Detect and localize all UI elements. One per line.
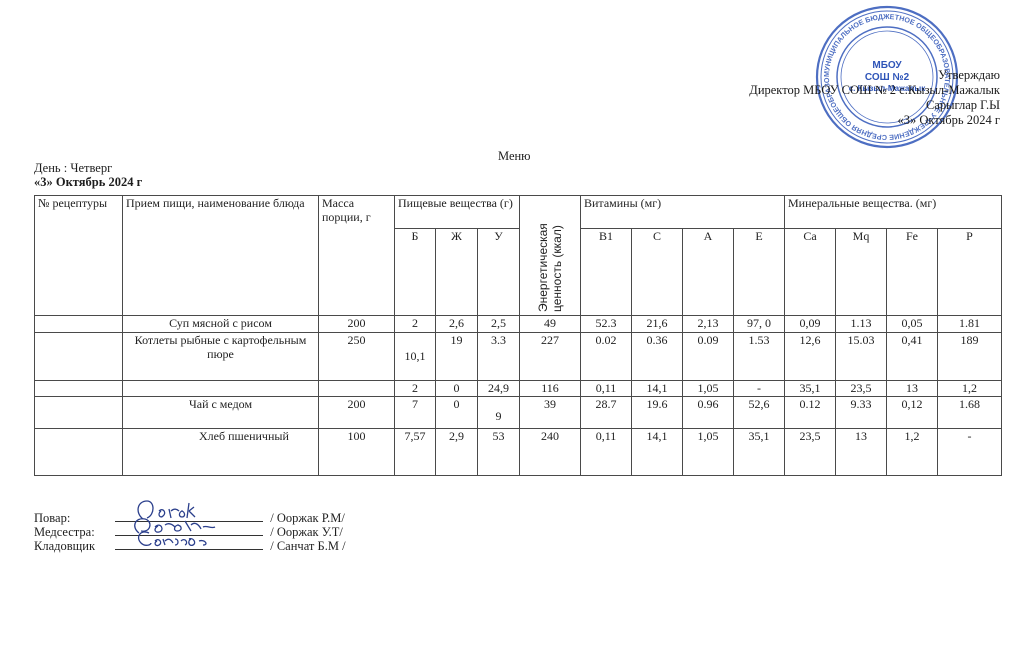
cell-b1: 52.3 — [581, 316, 632, 333]
day-label: День : Четверг — [34, 161, 112, 176]
table-row: Хлеб пшеничный 100 7,57 2,9 53 240 0,11 … — [35, 429, 1002, 476]
cell-fat: 0 — [436, 397, 478, 429]
cell-fat: 0 — [436, 381, 478, 397]
handwritten-signature-icon — [115, 525, 263, 551]
cell-p: 1,2 — [938, 381, 1002, 397]
cell-b1: 0,11 — [581, 429, 632, 476]
header-a: A — [683, 229, 734, 316]
date-label: «3» Октябрь 2024 г — [34, 175, 142, 190]
cell-a: 2,13 — [683, 316, 734, 333]
cell-protein: 10,1 — [395, 333, 436, 381]
cell-mq: 15.03 — [836, 333, 887, 381]
header-mq: Mq — [836, 229, 887, 316]
cell-no — [35, 316, 123, 333]
cell-dish: Котлеты рыбные с картофельным пюре — [123, 333, 319, 381]
cell-e: 97, 0 — [734, 316, 785, 333]
cell-mq: 23,5 — [836, 381, 887, 397]
cell-mq: 13 — [836, 429, 887, 476]
cell-protein: 7 — [395, 397, 436, 429]
header-protein: Б — [395, 229, 436, 316]
cell-ca: 0,09 — [785, 316, 836, 333]
cell-b1: 28.7 — [581, 397, 632, 429]
cell-ca: 12,6 — [785, 333, 836, 381]
cell-energy: 49 — [520, 316, 581, 333]
cell-carbs-value: 9 — [481, 409, 516, 423]
cell-e: - — [734, 381, 785, 397]
cell-e: 35,1 — [734, 429, 785, 476]
cell-mass: 250 — [319, 333, 395, 381]
cell-ca: 23,5 — [785, 429, 836, 476]
cell-fe: 13 — [887, 381, 938, 397]
cell-mass: 200 — [319, 316, 395, 333]
approval-block: Утверждаю Директор МБОУ СОШ № 2 с.Кызыл-… — [749, 68, 1000, 128]
cell-energy: 227 — [520, 333, 581, 381]
cell-dish: Суп мясной с рисом — [123, 316, 319, 333]
cell-p: - — [938, 429, 1002, 476]
header-nutrients: Пищевые вещества (г) — [395, 196, 520, 229]
cell-c: 14,1 — [632, 429, 683, 476]
cell-a: 1,05 — [683, 429, 734, 476]
cell-p: 1.68 — [938, 397, 1002, 429]
header-carbs: У — [478, 229, 520, 316]
cell-mass — [319, 381, 395, 397]
cell-ca: 0.12 — [785, 397, 836, 429]
cell-no — [35, 381, 123, 397]
cell-no — [35, 429, 123, 476]
cell-energy: 240 — [520, 429, 581, 476]
table-row: Котлеты рыбные с картофельным пюре 250 1… — [35, 333, 1002, 381]
cell-c: 0.36 — [632, 333, 683, 381]
header-dish: Прием пищи, наименование блюда — [123, 196, 319, 316]
approval-line-date: «3» Октябрь 2024 г — [749, 113, 1000, 128]
cell-carbs: 2,5 — [478, 316, 520, 333]
cell-carbs: 3.3 — [478, 333, 520, 381]
cell-fat: 2,6 — [436, 316, 478, 333]
table-row: Чай с медом 200 7 0 9 39 28.7 19.6 0.96 … — [35, 397, 1002, 429]
signature-role: Медсестра: — [34, 525, 112, 539]
cell-fe: 0,41 — [887, 333, 938, 381]
header-e: E — [734, 229, 785, 316]
header-fat: Ж — [436, 229, 478, 316]
signature-name: / Ооржак У.Т/ — [270, 525, 343, 539]
approval-line-approve: Утверждаю — [749, 68, 1000, 83]
cell-a: 0.09 — [683, 333, 734, 381]
cell-e: 52,6 — [734, 397, 785, 429]
cell-e: 1.53 — [734, 333, 785, 381]
document-title: Меню — [498, 149, 531, 164]
approval-line-name: Сарыглар Г.Ы — [749, 98, 1000, 113]
header-b1: B1 — [581, 229, 632, 316]
table-row: Суп мясной с рисом 200 2 2,6 2,5 49 52.3… — [35, 316, 1002, 333]
cell-carbs: 9 — [478, 397, 520, 429]
cell-energy: 116 — [520, 381, 581, 397]
cell-fe: 0,05 — [887, 316, 938, 333]
header-recipe-no: № рецептуры — [35, 196, 123, 316]
cell-p: 189 — [938, 333, 1002, 381]
header-fe: Fe — [887, 229, 938, 316]
header-ca: Ca — [785, 229, 836, 316]
header-mass: Масса порции, г — [319, 196, 395, 316]
signature-role: Кладовщик — [34, 539, 112, 553]
cell-fe: 0,12 — [887, 397, 938, 429]
cell-protein: 2 — [395, 316, 436, 333]
signature-name: / Санчат Б.М / — [270, 539, 345, 553]
cell-fat: 2,9 — [436, 429, 478, 476]
header-energy-cell: Энергетическая ценность (ккал) — [520, 196, 581, 316]
cell-mass: 100 — [319, 429, 395, 476]
cell-mq: 9.33 — [836, 397, 887, 429]
header-energy: Энергетическая ценность (ккал) — [536, 200, 564, 312]
cell-energy: 39 — [520, 397, 581, 429]
cell-b1: 0.02 — [581, 333, 632, 381]
cell-mass: 200 — [319, 397, 395, 429]
cell-a: 0.96 — [683, 397, 734, 429]
table-row: 2 0 24,9 116 0,11 14,1 1,05 - 35,1 23,5 … — [35, 381, 1002, 397]
cell-b1: 0,11 — [581, 381, 632, 397]
cell-mq: 1.13 — [836, 316, 887, 333]
cell-no — [35, 397, 123, 429]
cell-protein: 7,57 — [395, 429, 436, 476]
menu-table: № рецептуры Прием пищи, наименование блю… — [34, 195, 1002, 476]
cell-carbs: 53 — [478, 429, 520, 476]
signature-line — [115, 539, 263, 550]
header-vitamins: Витамины (мг) — [581, 196, 785, 229]
cell-c: 21,6 — [632, 316, 683, 333]
cell-no — [35, 333, 123, 381]
cell-ca: 35,1 — [785, 381, 836, 397]
signature-role: Повар: — [34, 511, 112, 525]
header-c: C — [632, 229, 683, 316]
cell-a: 1,05 — [683, 381, 734, 397]
cell-p: 1.81 — [938, 316, 1002, 333]
cell-c: 14,1 — [632, 381, 683, 397]
cell-dish — [123, 381, 319, 397]
cell-fe: 1,2 — [887, 429, 938, 476]
signature-name: / Ооржак Р.М/ — [270, 511, 345, 525]
header-minerals: Минеральные вещества. (мг) — [785, 196, 1002, 229]
header-p: P — [938, 229, 1002, 316]
signature-storekeeper: Кладовщик / Санчат Б.М / — [34, 539, 346, 553]
approval-line-director: Директор МБОУ СОШ № 2 с.Кызыл-Мажалык — [749, 83, 1000, 98]
cell-protein: 2 — [395, 381, 436, 397]
cell-dish: Хлеб пшеничный — [123, 429, 319, 476]
cell-c: 19.6 — [632, 397, 683, 429]
cell-fat: 19 — [436, 333, 478, 381]
cell-protein-value: 10,1 — [398, 349, 432, 363]
cell-dish: Чай с медом — [123, 397, 319, 429]
cell-carbs: 24,9 — [478, 381, 520, 397]
